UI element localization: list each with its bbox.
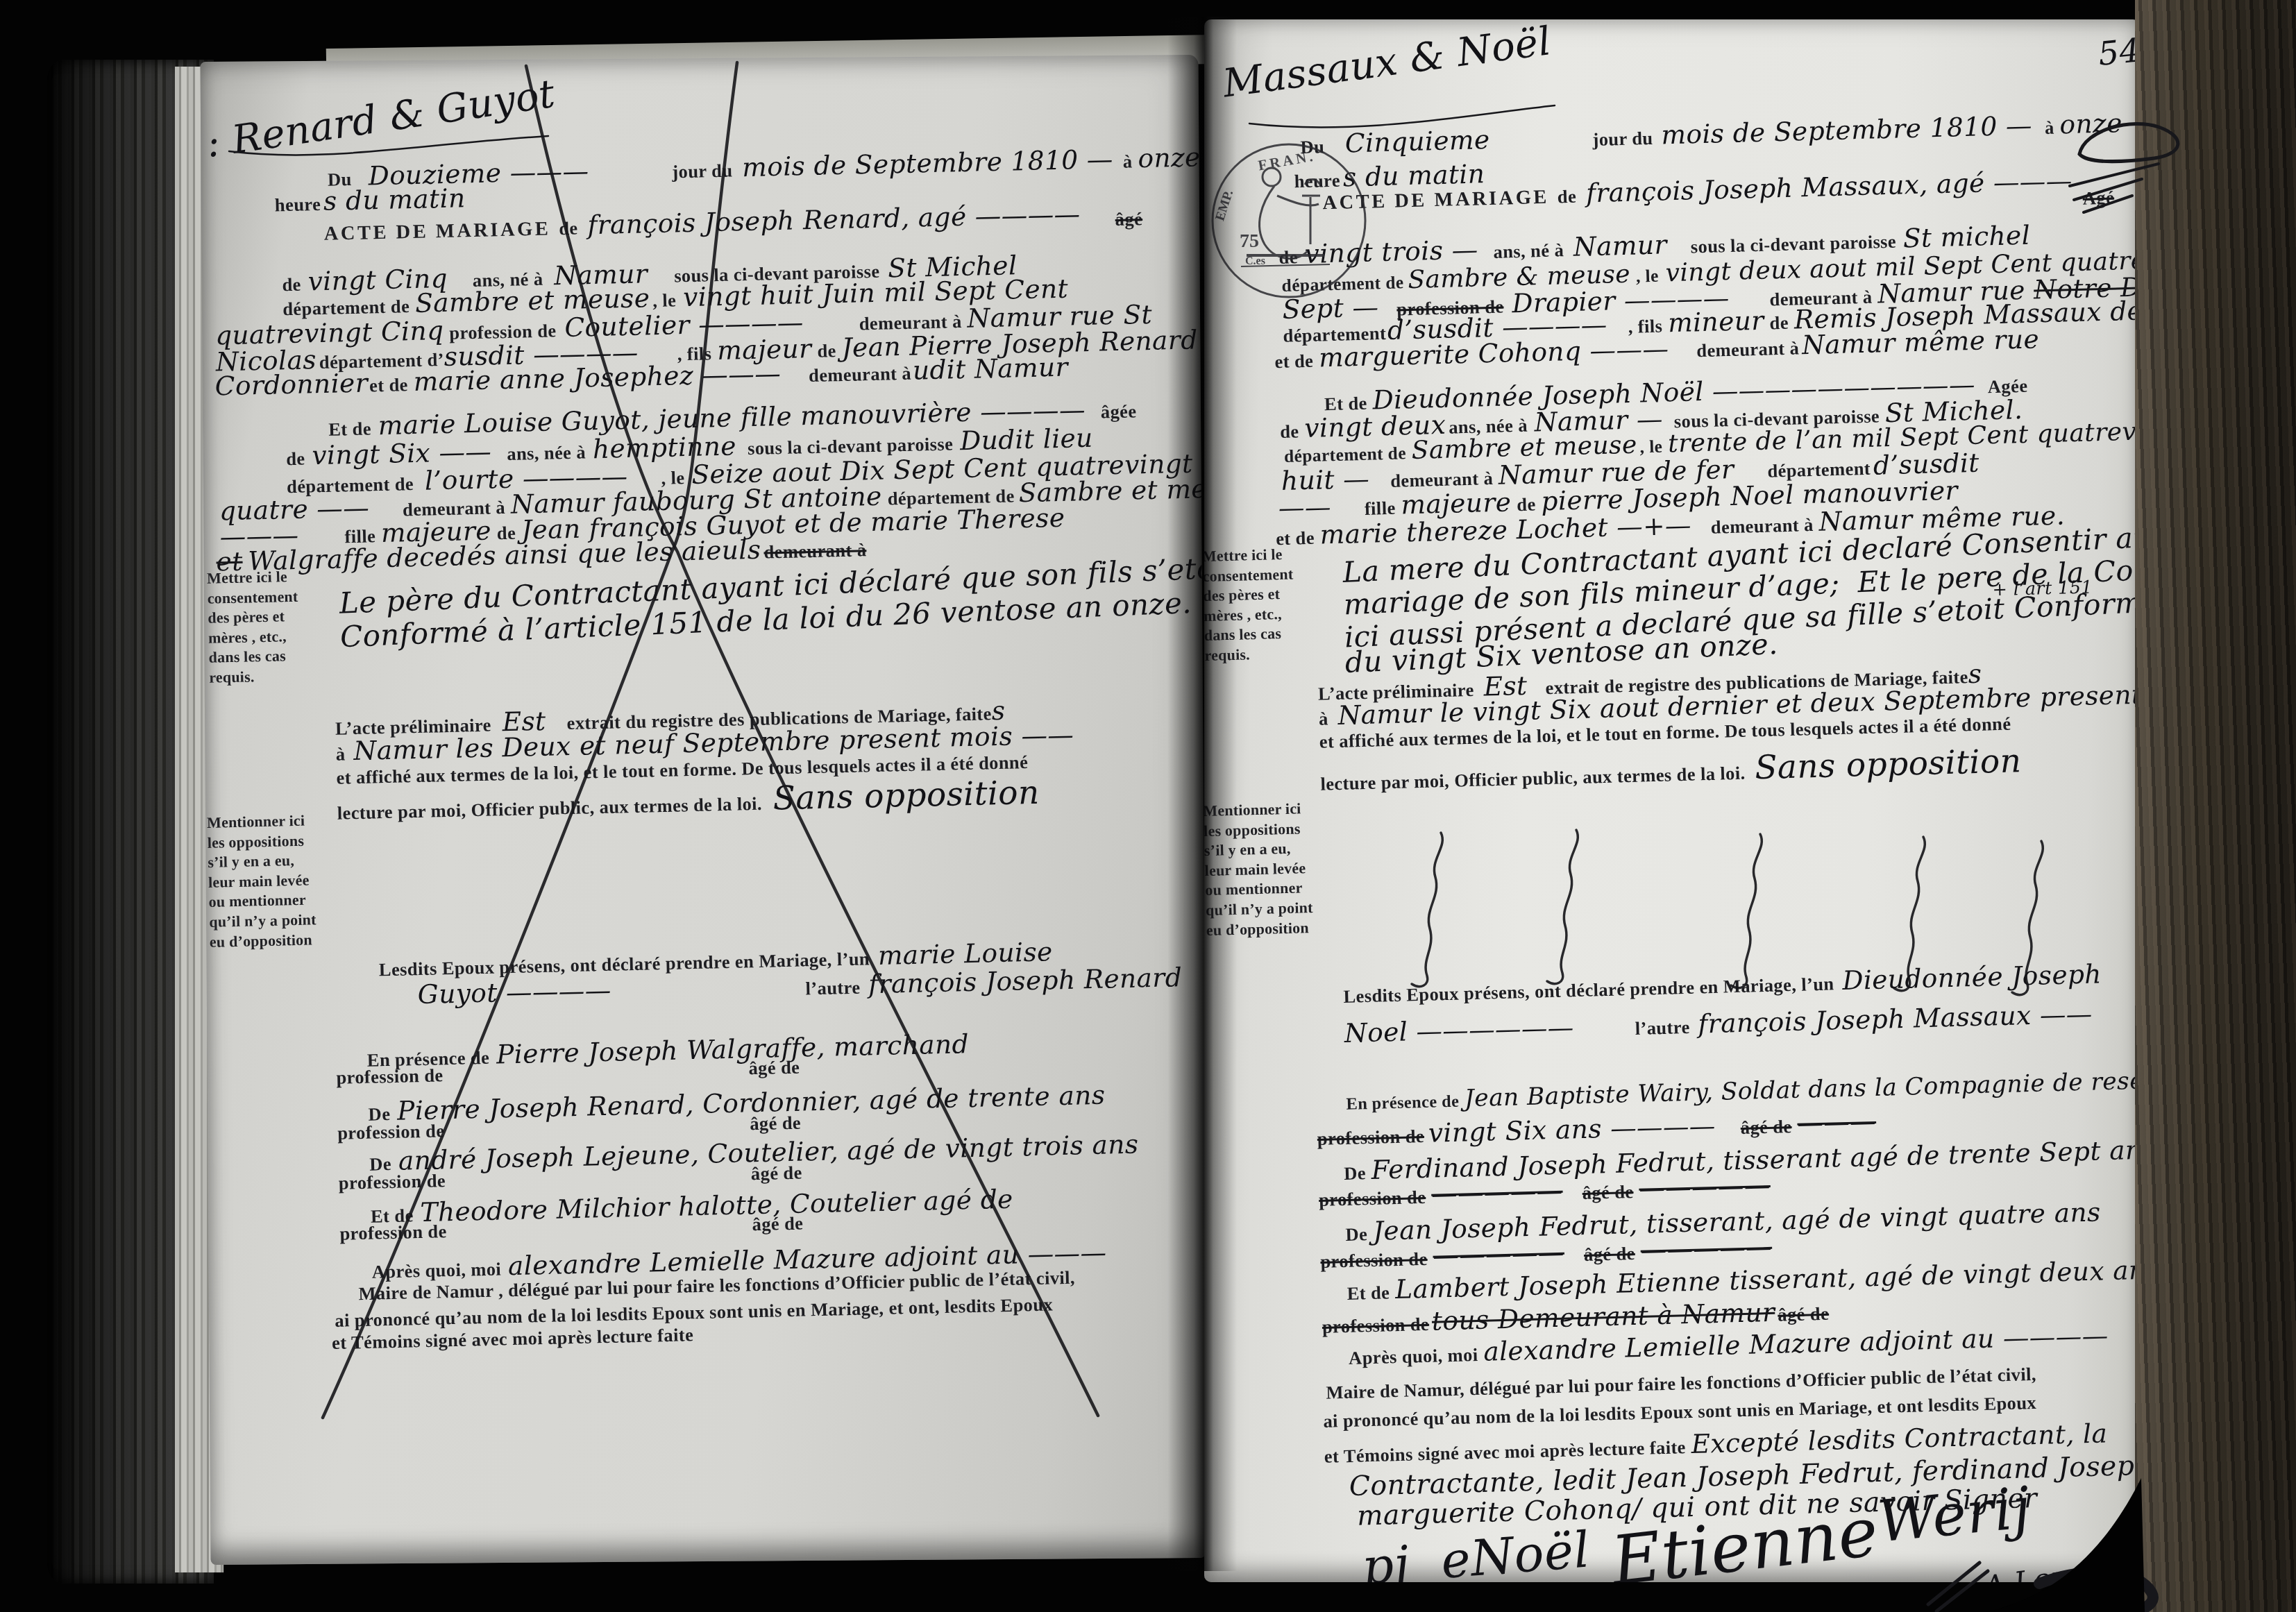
text-line: heures du matin: [274, 185, 465, 216]
text-line: Agé: [2082, 188, 2114, 207]
text-line: En présence deJean Baptiste Wairy, Solda…: [1346, 1066, 2140, 1114]
text-line: DuCinquiemejour dumois de Septembre 1810…: [1300, 110, 2122, 158]
right-page: Massaux & Noël54DuCinquiemejour dumois d…: [1204, 19, 2140, 1582]
text-line: Lesdits Epoux présens, ont déclaré prend…: [1343, 961, 2102, 1007]
text-line: Werij: [1875, 1479, 2033, 1551]
text-line: 54: [2097, 35, 2140, 71]
left-page: : Renard & GuyotDuDouzieme ———jour dumoi…: [200, 55, 1208, 1565]
margin-note: Mettre ici leconsentementdes pères etmèr…: [1204, 543, 1328, 665]
text-line: Massaux & Noël: [1221, 22, 1553, 104]
book-cover-edge-right: [2135, 0, 2296, 1612]
text-line: A Lemielle mazure: [1982, 1537, 2140, 1582]
register-scan: : Renard & GuyotDuDouzieme ———jour dumoi…: [0, 0, 2296, 1612]
right-page-content: Massaux & Noël54DuCinquiemejour dumois d…: [1204, 19, 2140, 1582]
margin-note: Mentionner iciles oppositionss’il y en a…: [207, 811, 333, 952]
text-line: âgé: [1115, 210, 1142, 228]
left-page-content: : Renard & GuyotDuDouzieme ———jour dumoi…: [200, 55, 1208, 1565]
margin-note: Mentionner iciles oppositionss’il y en a…: [1204, 798, 1330, 940]
text-line: : Renard & Guyot: [204, 75, 558, 164]
text-line: lecture par moi, Officier public, aux te…: [1320, 745, 2022, 795]
text-line: pjeNoël: [1360, 1525, 1591, 1582]
margin-note: Mettre ici leconsentementdes pères etmèr…: [207, 566, 333, 688]
text-line: Noel ——————l’autrefrançois Joseph Massau…: [1344, 1001, 2093, 1047]
